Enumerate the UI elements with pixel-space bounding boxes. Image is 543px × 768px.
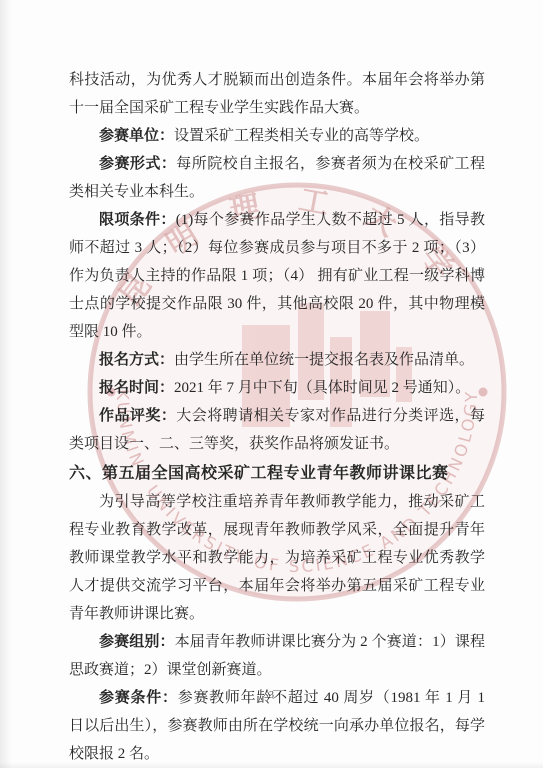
scan-edge-shading-left	[0, 0, 12, 768]
paragraph-label: 报名方式：	[99, 352, 174, 368]
paragraph-label: 参赛组别：	[99, 634, 175, 650]
section-heading: 六、第五届全国高校采矿工程专业青年教师讲课比赛	[69, 458, 485, 488]
paragraph: 限项条件：(1)每个参赛作品学生人数不超过 5 人，指导教师不超过 3 人；（2…	[69, 206, 485, 346]
page-number: 3	[0, 690, 543, 701]
paragraph-label: 报名时间：	[99, 380, 174, 396]
paragraph: 报名方式：由学生所在单位统一提交报名表及作品清单。	[69, 346, 485, 374]
document-page: 昆明理工大学 KUNMING UNIVERSITY OF SCIENCE AND…	[0, 0, 543, 768]
paragraph: 作品评奖：大会将聘请相关专家对作品进行分类评选，每类项目设一、二、三等奖，获奖作…	[69, 402, 485, 458]
paragraph: 为引导高等学校注重培养青年教师教学能力，推动采矿工程专业教育教学改革，展现青年教…	[69, 488, 485, 628]
paragraph: 参赛形式：每所院校自主报名，参赛者须为在校采矿工程类相关专业本科生。	[69, 150, 485, 206]
paragraph-label: 作品评奖：	[99, 408, 176, 424]
paragraph: 报名时间：2021 年 7 月中下旬（具体时间见 2 号通知）。	[69, 374, 485, 402]
document-body: 科技活动，为优秀人才脱颖而出创造条件。本届年会将举办第十一届全国采矿工程专业学生…	[69, 66, 485, 768]
paragraph: 科技活动，为优秀人才脱颖而出创造条件。本届年会将举办第十一届全国采矿工程专业学生…	[69, 66, 485, 122]
paragraph-label: 参赛形式：	[99, 156, 176, 172]
paragraph-label: 限项条件：	[99, 212, 176, 228]
paragraph-label: 参赛单位：	[99, 128, 174, 144]
paragraph: 参赛单位：设置采矿工程类相关专业的高等学校。	[69, 122, 485, 150]
paragraph: 参赛组别：本届青年教师讲课比赛分为 2 个赛道：1）课程思政赛道；2）课堂创新赛…	[69, 628, 485, 684]
